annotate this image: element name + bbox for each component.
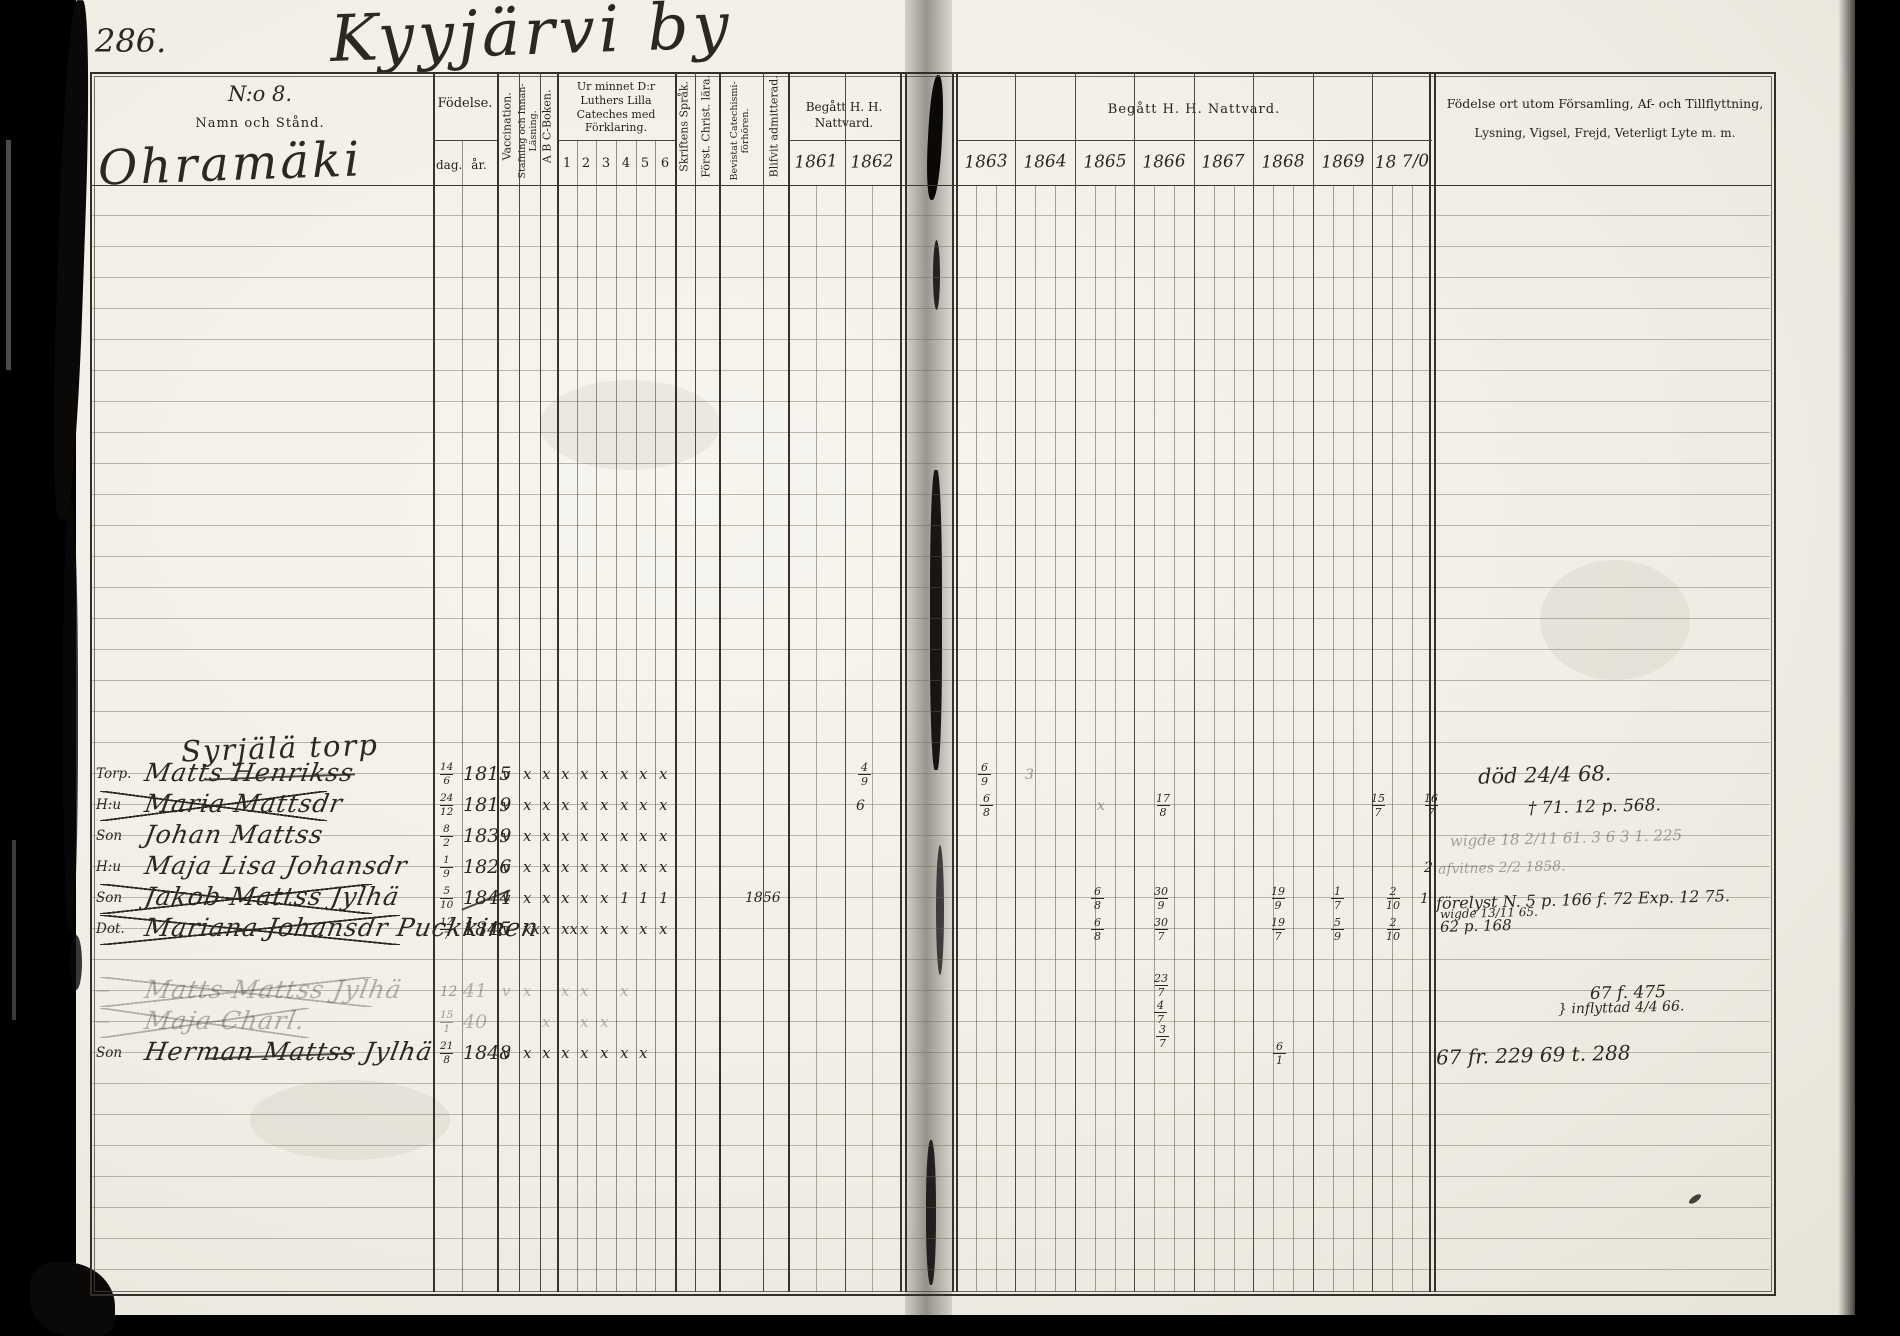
- vaccination-mark: v: [502, 889, 510, 907]
- marginal-note: död 24/4 68.: [1478, 762, 1612, 789]
- household-number-label: N:o 8.: [150, 82, 370, 106]
- vaccination-column-header: Vaccination.: [502, 70, 515, 182]
- skriftens-sprak-column-header: Skriftens Språk.: [679, 70, 692, 182]
- catechism-mark: x: [580, 920, 588, 938]
- column-rule-sub: [872, 185, 873, 1292]
- birth-day: 127: [440, 917, 453, 941]
- column-rule-major: [956, 72, 958, 1292]
- year-header: 1868: [1255, 151, 1312, 173]
- year-subcolumn-rule: [996, 185, 997, 1292]
- catechism-mark: x: [523, 827, 531, 845]
- year-header: 1865: [1077, 151, 1134, 173]
- communion-mark: 59: [1331, 917, 1344, 942]
- communion-mark: 309: [1154, 886, 1168, 911]
- column-rule-major: [675, 72, 677, 1292]
- catechism-mark: x: [639, 765, 647, 783]
- column-rule-minor: [1194, 72, 1195, 1292]
- year-subcolumn-rule: [1234, 185, 1235, 1292]
- catechism-mark: 1: [639, 889, 649, 907]
- year-subcolumn-rule: [1333, 185, 1334, 1292]
- catechism-mark: x: [600, 827, 608, 845]
- cateches-number-header: 2: [577, 156, 595, 171]
- year-subcolumn-rule: [1214, 185, 1215, 1292]
- catechism-mark: x: [620, 796, 628, 814]
- row-name: Johan Mattss: [145, 820, 323, 849]
- communion-mark: 37: [1156, 1024, 1169, 1049]
- communion-mark: 199: [1271, 886, 1285, 911]
- column-rule-minor: [1075, 72, 1076, 1292]
- year-subcolumn-rule: [1392, 185, 1393, 1292]
- catechism-mark: x: [600, 1013, 608, 1031]
- catechism-mark: x: [561, 796, 569, 814]
- year-subcolumn-rule: [1095, 185, 1096, 1292]
- communion-mark: 197: [1271, 917, 1285, 942]
- catechism-mark: x: [600, 889, 608, 907]
- birth-day: 19: [440, 855, 453, 879]
- column-rule-major: [719, 72, 721, 1292]
- catechism-mark: x: [561, 889, 569, 907]
- column-rule-minor: [1313, 72, 1314, 1292]
- catechism-mark: x: [561, 982, 569, 1000]
- column-rule-sub: [596, 140, 597, 1292]
- catechism-mark: x: [580, 889, 588, 907]
- row-prefix: Son: [96, 1045, 122, 1061]
- year-header: 18 7/0: [1374, 151, 1431, 173]
- vaccination-mark: v: [502, 982, 510, 1000]
- row-prefix: H:u: [96, 859, 121, 875]
- catechism-mark: x: [639, 920, 647, 938]
- catechism-mark: x: [620, 1044, 628, 1062]
- communion-mark: 178: [1156, 793, 1170, 818]
- communion-mark: 167: [1424, 793, 1438, 818]
- column-rule-sub: [616, 140, 617, 1292]
- catechism-mark: x: [580, 765, 588, 783]
- admitted-year: 1856: [745, 890, 781, 906]
- catechism-mark: x: [561, 765, 569, 783]
- column-rule-sub: [655, 140, 656, 1292]
- year-subcolumn-rule: [1273, 185, 1274, 1292]
- birth-day: 218: [440, 1041, 453, 1065]
- birth-year-subheader: år.: [463, 158, 495, 172]
- stafning-column-header: Stafning och Innan-Läsning.: [518, 75, 540, 187]
- year-subcolumn-rule: [1055, 185, 1056, 1292]
- column-rule-major: [497, 72, 499, 1292]
- scan-edge-blob: [70, 935, 82, 990]
- communion-mark: 61: [1273, 1041, 1286, 1066]
- blifvit-admitterad-column-header: Blifvit admitterad.: [769, 70, 782, 182]
- row-name: Matts Henrikss: [145, 758, 354, 787]
- catechism-mark: x: [561, 858, 569, 876]
- catechism-mark: x: [523, 858, 531, 876]
- catechism-mark: x: [580, 827, 588, 845]
- communion-mark: 210: [1386, 886, 1400, 911]
- scan-edge-blob: [63, 500, 78, 930]
- catechism-mark: x: [580, 1044, 588, 1062]
- scanned-parish-register: { "document": { "page_number": "286.", "…: [0, 0, 1900, 1336]
- catechism-mark: x: [523, 765, 531, 783]
- marginal-note: 62 p. 168: [1440, 916, 1512, 936]
- year-header: 1869: [1315, 151, 1372, 173]
- catechism-mark: x: [659, 765, 667, 783]
- abc-book-column-header: A B C-Boken.: [542, 70, 555, 182]
- birth-day: 146: [440, 762, 453, 786]
- column-rule-minor: [519, 72, 520, 1292]
- catechism-mark: x: [523, 982, 531, 1000]
- catechism-mark: x: [542, 827, 550, 845]
- catechism-mark: x: [620, 982, 628, 1000]
- communion-mark: 237: [1154, 973, 1168, 998]
- header-divider: [433, 140, 497, 141]
- column-rule-major: [1434, 72, 1436, 1292]
- birth-column-header: Födelse.: [433, 96, 497, 111]
- name-strike-x: [100, 791, 327, 821]
- column-rule-sub: [577, 140, 578, 1292]
- catechism-mark: 1: [659, 889, 669, 907]
- column-rule-minor: [763, 72, 764, 1292]
- year-header: 1862: [848, 151, 897, 173]
- communion-mark: 49: [858, 762, 871, 787]
- column-rule-major: [1429, 72, 1431, 1292]
- catechism-mark: x: [542, 1044, 550, 1062]
- catechism-mark: x: [600, 765, 608, 783]
- communion-mark: 210: [1386, 917, 1400, 942]
- column-rule-major: [900, 72, 902, 1292]
- catechism-mark: x: [639, 827, 647, 845]
- year-subcolumn-rule: [1412, 185, 1413, 1292]
- catechism-mark: x: [659, 827, 667, 845]
- forst-christ-lara-column-header: Först. Christ. lära.: [701, 70, 714, 182]
- cateches-column-header: Ur minnet D:r Luthers Lilla Cateches med…: [559, 80, 673, 135]
- catechism-mark: x: [542, 1013, 550, 1031]
- communion-mark: 3: [1025, 767, 1034, 783]
- catechism-mark: x: [580, 982, 588, 1000]
- village-name-handwritten: Ohramäki: [97, 131, 363, 196]
- year-subcolumn-rule: [1353, 185, 1354, 1292]
- notes-column-header-line1: Födelse ort utom Församling, Af- och Til…: [1437, 96, 1773, 111]
- year-header: 1863: [958, 151, 1015, 173]
- cateches-number-header: 6: [656, 156, 674, 171]
- name-strike-x: [100, 915, 400, 945]
- vaccination-mark: v: [502, 858, 510, 876]
- catechism-mark: x: [580, 1013, 588, 1031]
- catechism-mark: x: [659, 920, 667, 938]
- birth-day: 12: [440, 984, 457, 1000]
- catechism-mark: x: [600, 1044, 608, 1062]
- catechism-mark: x: [542, 796, 550, 814]
- birth-day: 510: [440, 886, 453, 910]
- column-rule-minor: [1253, 72, 1254, 1292]
- marginal-note: 67 fr. 229 69 t. 288: [1436, 1040, 1631, 1069]
- year-subcolumn-rule: [1174, 185, 1175, 1292]
- communion-mark: 68: [1091, 917, 1104, 942]
- cateches-number-header: 1: [558, 156, 576, 171]
- column-rule-minor: [540, 72, 541, 1292]
- birth-day-subheader: dag.: [436, 158, 462, 172]
- catechism-mark: x: [542, 920, 550, 938]
- birth-day: 2412: [440, 793, 453, 817]
- communion-mark: 2.: [1424, 860, 1437, 876]
- communion-mark: 47: [1154, 1000, 1167, 1025]
- column-rule-sub: [816, 185, 817, 1292]
- vaccination-mark: v: [502, 1044, 510, 1062]
- column-rule-minor: [1372, 72, 1373, 1292]
- catechism-mark: x: [561, 827, 569, 845]
- column-rule-minor: [845, 72, 846, 1292]
- name-strike-x: [100, 977, 372, 1007]
- catechism-mark: x: [523, 1044, 531, 1062]
- catechism-mark: x: [542, 765, 550, 783]
- year-subcolumn-rule: [976, 185, 977, 1292]
- catechism-mark: x: [659, 858, 667, 876]
- row-prefix: Torp.: [96, 766, 131, 782]
- marginal-note: † 71. 12 p. 568.: [1528, 795, 1661, 818]
- row-name: Herman Mattss Jylhä: [145, 1037, 433, 1066]
- year-subcolumn-rule: [1154, 185, 1155, 1292]
- catechism-mark: x: [600, 796, 608, 814]
- catechism-mark: x: [620, 920, 628, 938]
- catechism-mark: xx: [523, 920, 540, 938]
- catechism-mark: x: [580, 858, 588, 876]
- catechism-mark: xx: [561, 920, 578, 938]
- communion-mark: 1: [1420, 891, 1429, 907]
- year-subcolumn-rule: [1115, 185, 1116, 1292]
- catechism-mark: x: [600, 920, 608, 938]
- birth-year: 41: [463, 980, 487, 1002]
- communion-mark: 68: [980, 793, 993, 818]
- column-rule-sub: [636, 140, 637, 1292]
- communion-mark: 6: [856, 798, 865, 814]
- catechism-mark: x: [542, 858, 550, 876]
- column-rule-minor: [1015, 72, 1016, 1292]
- scan-edge-streak: [6, 140, 11, 370]
- scan-torn-edge: [1838, 0, 1855, 1315]
- communion-mark: 69: [978, 762, 991, 787]
- column-rule-major: [433, 72, 435, 1292]
- catechism-mark: x: [561, 1044, 569, 1062]
- vaccination-mark: v: [502, 765, 510, 783]
- catechism-mark: x: [639, 796, 647, 814]
- communion-mark: 157: [1371, 793, 1385, 818]
- column-rule-major: [788, 72, 790, 1292]
- year-subcolumn-rule: [1035, 185, 1036, 1292]
- scan-edge-blob: [49, 0, 93, 520]
- birth-day: 151: [440, 1010, 453, 1034]
- marginal-note: } inflyttad 4/4 66.: [1558, 998, 1685, 1017]
- year-header: 1864: [1017, 151, 1074, 173]
- year-header: 1861: [792, 151, 841, 173]
- page-number: 286.: [95, 22, 166, 60]
- communion-mark: 307: [1154, 917, 1168, 942]
- catechism-mark: 1: [620, 889, 630, 907]
- catechism-mark: x: [659, 796, 667, 814]
- page-title-handwritten: Kyyjärvi by: [329, 0, 734, 77]
- row-name: Maja Lisa Johansdr: [145, 851, 407, 880]
- header-bottom-rule: [90, 185, 1772, 186]
- year-subcolumn-rule: [1293, 185, 1294, 1292]
- catechism-mark: x: [523, 796, 531, 814]
- header-divider: [557, 140, 675, 141]
- catechism-mark: x: [580, 796, 588, 814]
- year-header: 1866: [1136, 151, 1193, 173]
- notes-column-header-line2: Lysning, Vigsel, Frejd, Veterligt Lyte m…: [1437, 126, 1773, 140]
- column-rule-minor: [695, 72, 696, 1292]
- bevistat-forhoren-column-header: Bevistat Catechismi-förhören.: [730, 75, 752, 187]
- cateches-number-header: 5: [636, 156, 654, 171]
- header-divider: [788, 140, 900, 141]
- name-strike-x: [100, 1008, 309, 1038]
- catechism-mark: x: [542, 889, 550, 907]
- catechism-mark: x: [639, 858, 647, 876]
- vaccination-mark: v: [502, 796, 510, 814]
- column-rule-minor: [1134, 72, 1135, 1292]
- scan-scene: 286. Kyyjärvi by N:o 8. Namn och Stånd. …: [0, 0, 1900, 1336]
- vaccination-mark: v: [502, 827, 510, 845]
- vaccination-mark: v: [502, 920, 510, 938]
- header-divider: [956, 140, 1432, 141]
- name-strike-x: [100, 884, 372, 914]
- column-rule-major: [952, 72, 954, 1292]
- catechism-mark: x: [639, 1044, 647, 1062]
- catechism-mark: x: [523, 889, 531, 907]
- name-column-header: Namn och Stånd.: [150, 116, 370, 131]
- cateches-number-header: 4: [617, 156, 635, 171]
- row-prefix: Son: [96, 828, 122, 844]
- year-header: 1867: [1195, 151, 1252, 173]
- communion-mark: 17: [1331, 886, 1344, 911]
- catechism-mark: x: [620, 858, 628, 876]
- birth-year: 40: [463, 1011, 487, 1033]
- catechism-mark: x: [620, 765, 628, 783]
- catechism-mark: x: [620, 827, 628, 845]
- communion-mark: x: [1097, 798, 1105, 814]
- column-rule-sub: [462, 140, 463, 1292]
- cateches-number-header: 3: [597, 156, 615, 171]
- catechism-mark: x: [600, 858, 608, 876]
- communion-mark: 68: [1091, 886, 1104, 911]
- birth-day: 82: [440, 824, 453, 848]
- nattvard-header-left: Begått H. H. Nattvard.: [788, 100, 900, 131]
- scan-edge-streak: [12, 840, 16, 1020]
- column-rule-major: [557, 72, 559, 1292]
- column-rule-major: [905, 72, 907, 1292]
